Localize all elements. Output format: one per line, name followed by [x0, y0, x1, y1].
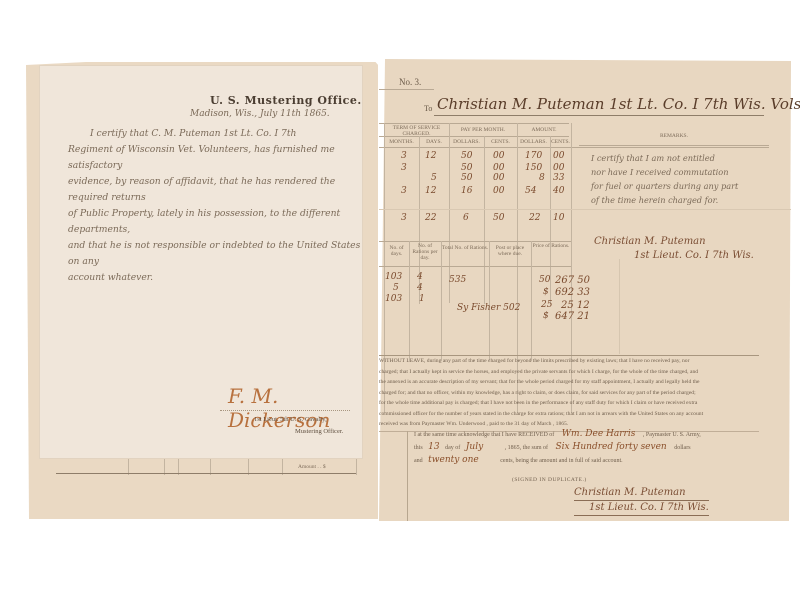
- remarks-signature: Christian M. Puteman 1st Lieut. Co. I 7t…: [594, 235, 754, 263]
- certificate-title: U. S. Mustering Office.: [210, 94, 362, 107]
- amount-label: Amount . . $: [298, 464, 326, 470]
- header-amount: Amount.: [517, 127, 571, 133]
- to-label: To: [424, 104, 432, 113]
- sub-dollars: Dollars.: [449, 139, 484, 145]
- remarks-certification: I certify that I am not entitled nor hav…: [591, 151, 791, 207]
- rations-header-place: Post or place where due.: [489, 245, 531, 257]
- receipt-block: I at the same time acknowledge that I ha…: [414, 428, 764, 467]
- final-signature: Christian M. Puteman 1st Lieut. Co. I 7t…: [574, 486, 709, 516]
- sub-amt-cents: Cents.: [550, 139, 571, 145]
- rations-header-price: Price of Rations.: [531, 243, 571, 249]
- sub-days: Days.: [419, 139, 449, 145]
- rations-header-days: No. of days.: [384, 245, 409, 257]
- signer-rank: 1st Lieut. 5th U. S. Cavalry,: [254, 416, 327, 423]
- header-pay: Pay per Month.: [449, 127, 517, 133]
- mustering-officer-signature: F. M. Dickerson: [228, 384, 362, 432]
- voucher-number: No. 3.: [399, 77, 421, 87]
- mustering-certificate: U. S. Mustering Office. Madison, Wis., J…: [40, 66, 362, 458]
- rations-header-total: Total No. of Rations.: [441, 245, 489, 251]
- sub-months: Months.: [384, 139, 419, 145]
- rations-header-per-day: No. of Rations per day.: [409, 243, 441, 261]
- voucher-fine-print: WITHOUT LEAVE, during any part of the ti…: [379, 356, 759, 430]
- pay-voucher: No. 3. To Christian M. Puteman 1st Lt. C…: [379, 59, 791, 521]
- header-term: Term of Service Charged.: [384, 125, 449, 137]
- signed-in-duplicate: (SIGNED IN DUPLICATE.): [512, 477, 587, 483]
- certificate-place-date: Madison, Wis., July 11th 1865.: [190, 109, 330, 119]
- sub-cents: Cents.: [484, 139, 517, 145]
- certificate-body: I certify that C. M. Puteman 1st Lt. Co.…: [68, 126, 368, 286]
- signer-title: Mustering Officer.: [295, 428, 343, 435]
- header-remarks: Remarks.: [579, 133, 769, 139]
- sub-amt-dollars: Dollars.: [517, 139, 550, 145]
- payee-name: Christian M. Puteman 1st Lt. Co. I 7th W…: [437, 95, 800, 113]
